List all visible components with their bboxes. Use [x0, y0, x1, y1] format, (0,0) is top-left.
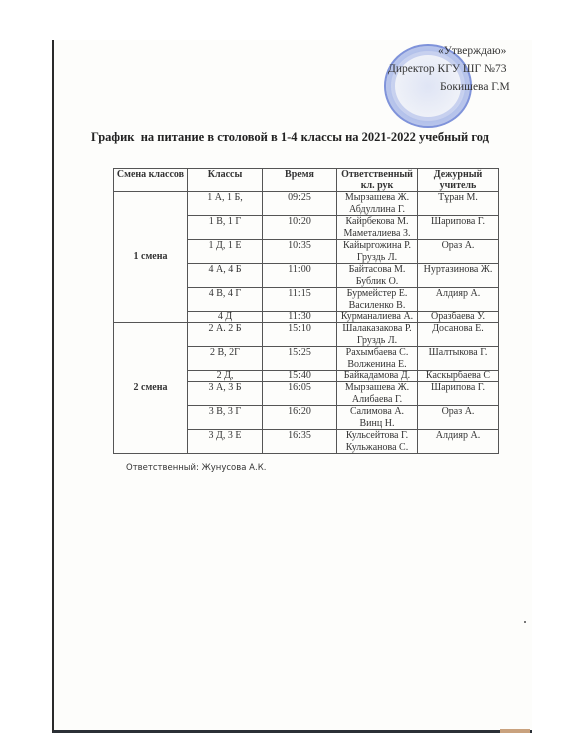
cell-responsible: Кайыргожина Р. Груздь Л.	[337, 240, 418, 264]
cell-classes: 4 В, 4 Г	[188, 288, 263, 312]
document-title: График на питание в столовой в 1-4 класс…	[0, 130, 580, 145]
cell-classes: 3 А, 3 Б	[188, 382, 263, 406]
cell-duty: Нуртазинова Ж.	[418, 264, 499, 288]
header-shift: Смена классов	[114, 169, 188, 192]
cell-responsible: Курманалиева А.	[337, 312, 418, 323]
responsible-person: Ответственный: Жунусова А.К.	[126, 463, 266, 473]
cell-classes: 3 Д, 3 Е	[188, 430, 263, 454]
cell-time: 15:10	[263, 323, 337, 347]
cell-responsible: Рахымбаева С. Волженина Е.	[337, 347, 418, 371]
shift-label: 2 смена	[114, 323, 188, 454]
cell-classes: 1 В, 1 Г	[188, 216, 263, 240]
cell-classes: 2 А. 2 Б	[188, 323, 263, 347]
cell-responsible: Шалаказакова Р. Груздь Л.	[337, 323, 418, 347]
header-classes: Классы	[188, 169, 263, 192]
cell-classes: 3 В, 3 Г	[188, 406, 263, 430]
cell-time: 15:40	[263, 371, 337, 382]
cell-duty: Алдияр А.	[418, 288, 499, 312]
cell-classes: 2 В, 2Г	[188, 347, 263, 371]
cell-responsible: Бурмейстер Е. Василенко В.	[337, 288, 418, 312]
cell-time: 16:20	[263, 406, 337, 430]
cell-time: 11:30	[263, 312, 337, 323]
cell-responsible: Байтасова М. Бублик О.	[337, 264, 418, 288]
cell-responsible: Кульсейтова Г. Кульжанова С.	[337, 430, 418, 454]
cell-duty: Ораз А.	[418, 406, 499, 430]
table-row: 1 смена1 А, 1 Б,09:25Мырзашева Ж. Абдулл…	[114, 192, 499, 216]
cell-responsible: Мырзашева Ж. Абдуллина Г.	[337, 192, 418, 216]
cell-duty: Ораз А.	[418, 240, 499, 264]
table-header-row: Смена классов Классы Время Ответственный…	[114, 169, 499, 192]
table-row: 2 смена2 А. 2 Б15:10Шалаказакова Р. Груз…	[114, 323, 499, 347]
paper-edge	[500, 729, 530, 733]
cell-responsible: Байкадамова Д.	[337, 371, 418, 382]
cell-time: 11:15	[263, 288, 337, 312]
cell-responsible: Мырзашева Ж. Алибаева Г.	[337, 382, 418, 406]
cell-duty: Шалтыкова Г.	[418, 347, 499, 371]
cell-duty: Досанова Е.	[418, 323, 499, 347]
cell-classes: 4 А, 4 Б	[188, 264, 263, 288]
cell-duty: Оразбаева У.	[418, 312, 499, 323]
cell-time: 09:25	[263, 192, 337, 216]
cell-responsible: Кайрбекова М. Маметалиева З.	[337, 216, 418, 240]
cell-time: 16:05	[263, 382, 337, 406]
cell-responsible: Салимова А. Винц Н.	[337, 406, 418, 430]
cell-time: 10:35	[263, 240, 337, 264]
cell-duty: Алдияр А.	[418, 430, 499, 454]
cell-classes: 2 Д,	[188, 371, 263, 382]
meal-schedule-table: Смена классов Классы Время Ответственный…	[113, 168, 499, 454]
shift-label: 1 смена	[114, 192, 188, 323]
cell-duty: Шарипова Г.	[418, 382, 499, 406]
cell-duty: Каскырбаева С	[418, 371, 499, 382]
approval-signatory: Бокишева Г.М	[440, 78, 530, 96]
approval-heading: «Утверждаю»	[438, 42, 530, 60]
cell-time: 11:00	[263, 264, 337, 288]
cell-time: 16:35	[263, 430, 337, 454]
cell-classes: 1 А, 1 Б,	[188, 192, 263, 216]
cell-classes: 4 Д	[188, 312, 263, 323]
cell-time: 15:25	[263, 347, 337, 371]
cell-duty: Тұран М.	[418, 192, 499, 216]
header-time: Время	[263, 169, 337, 192]
header-responsible: Ответственный кл. рук	[337, 169, 418, 192]
approval-position: Директор КГУ ШГ №73	[388, 60, 530, 78]
cell-duty: Шарипова Г.	[418, 216, 499, 240]
approval-block: «Утверждаю» Директор КГУ ШГ №73 Бокишева…	[380, 42, 530, 96]
scan-speck	[524, 621, 526, 623]
cell-classes: 1 Д, 1 Е	[188, 240, 263, 264]
header-duty: Дежурный учитель	[418, 169, 499, 192]
cell-time: 10:20	[263, 216, 337, 240]
